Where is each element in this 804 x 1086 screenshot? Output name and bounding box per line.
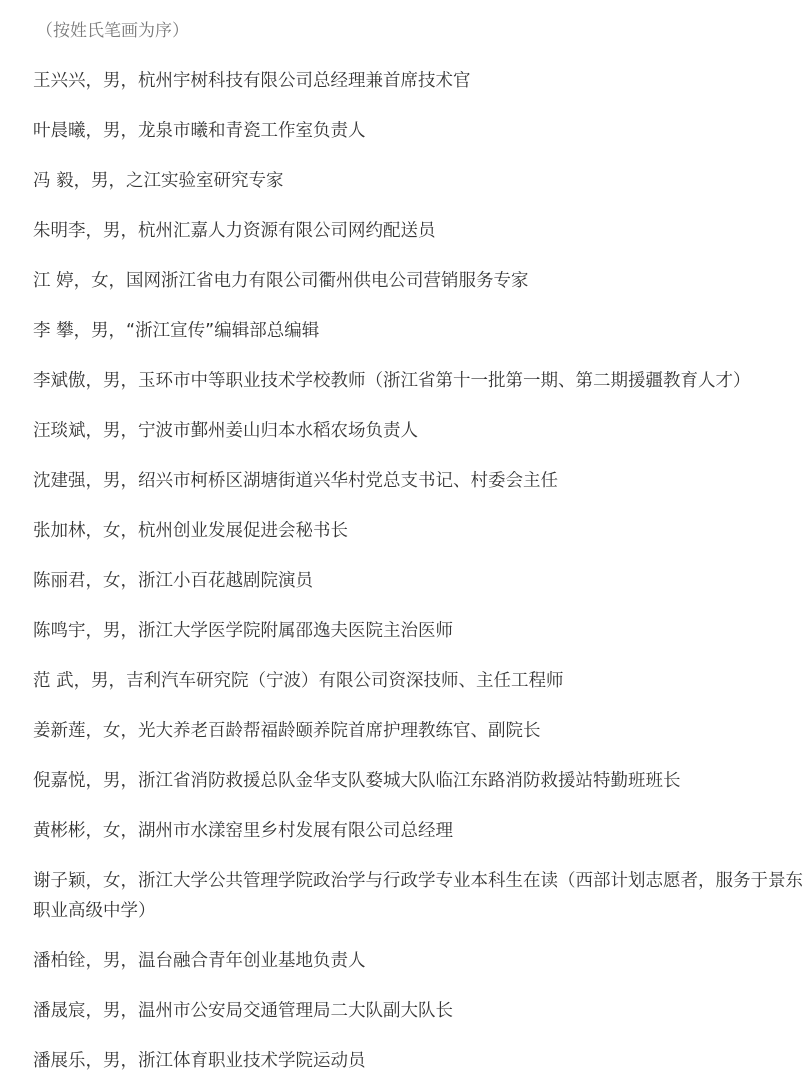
list-item: 张加林，女，杭州创业发展促进会秘书长	[33, 516, 803, 546]
list-item: 沈建强，男，绍兴市柯桥区湖塘街道兴华村党总支书记、村委会主任	[33, 466, 803, 496]
list-item: 谢子颖，女，浙江大学公共管理学院政治学与行政学专业本科生在读（西部计划志愿者，服…	[33, 866, 803, 926]
list-item: 李 攀，男，“浙江宣传”编辑部总编辑	[33, 316, 803, 346]
list-item: 王兴兴，男，杭州宇树科技有限公司总经理兼首席技术官	[33, 66, 803, 96]
list-item: 冯 毅，男，之江实验室研究专家	[33, 166, 803, 196]
list-item: 姜新莲，女，光大养老百龄帮福龄颐养院首席护理教练官、副院长	[33, 716, 803, 746]
list-item: 倪嘉悦，男，浙江省消防救援总队金华支队婺城大队临江东路消防救援站特勤班班长	[33, 766, 803, 796]
list-item: 黄彬彬，女，湖州市水漾窑里乡村发展有限公司总经理	[33, 816, 803, 846]
list-item: 潘柏铨，男，温台融合青年创业基地负责人	[33, 946, 803, 976]
list-item: 范 武，男，吉利汽车研究院（宁波）有限公司资深技师、主任工程师	[33, 666, 803, 696]
list-item: 汪琰斌，男，宁波市鄞州姜山归本水稻农场负责人	[33, 416, 803, 446]
list-item: 叶晨曦，男，龙泉市曦和青瓷工作室负责人	[33, 116, 803, 146]
list-item: 江 婷，女，国网浙江省电力有限公司衢州供电公司营销服务专家	[33, 266, 803, 296]
list-item: 潘晟宸，男，温州市公安局交通管理局二大队副大队长	[33, 996, 803, 1026]
list-item: 李斌傲，男，玉环市中等职业技术学校教师（浙江省第十一批第一期、第二期援疆教育人才…	[33, 366, 803, 396]
list-item: 朱明李，男，杭州汇嘉人力资源有限公司网约配送员	[33, 216, 803, 246]
list-item: 潘展乐，男，浙江体育职业技术学院运动员	[33, 1046, 803, 1076]
list-item: 陈丽君，女，浙江小百花越剧院演员	[33, 566, 803, 596]
ordering-note: （按姓氏笔画为序）	[36, 18, 189, 44]
list-item: 陈鸣宇，男，浙江大学医学院附属邵逸夫医院主治医师	[33, 616, 803, 646]
